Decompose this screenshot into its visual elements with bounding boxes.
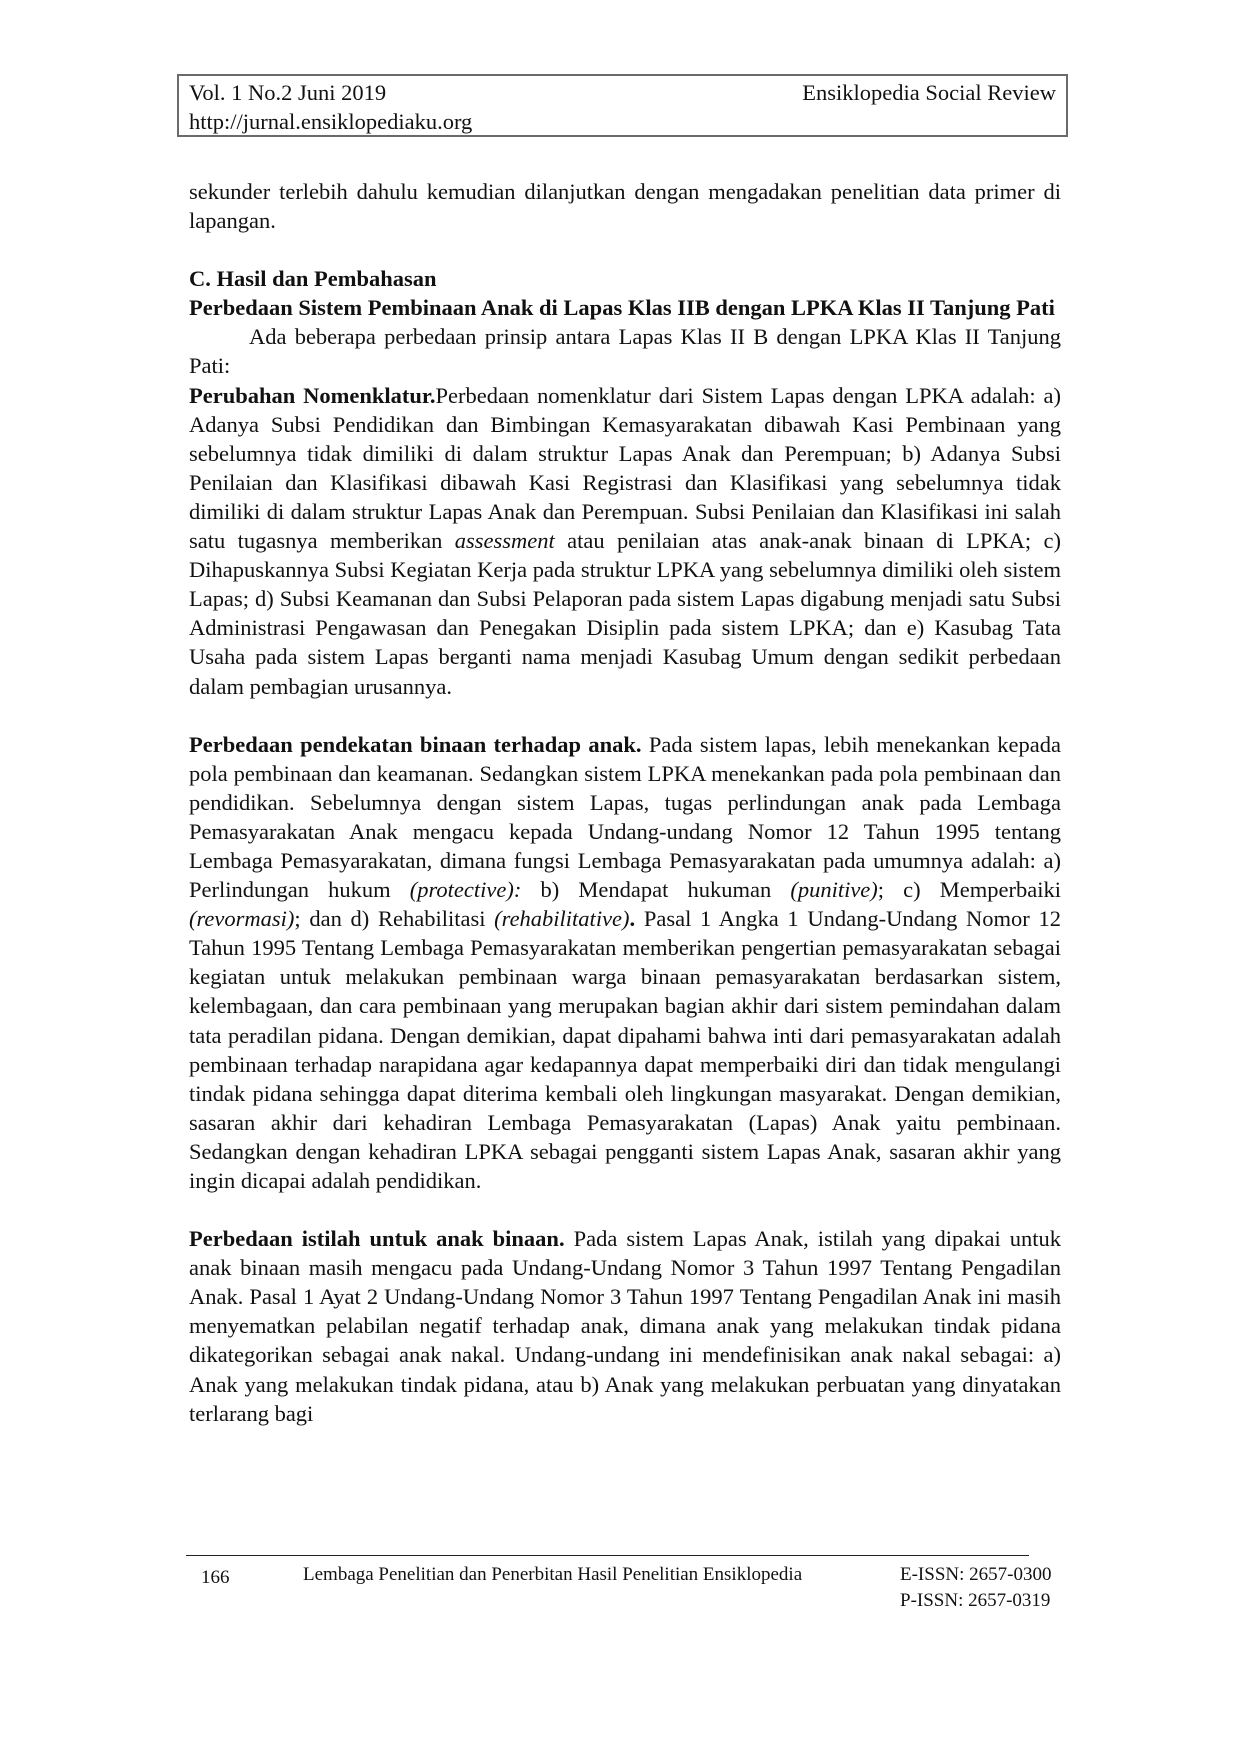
running-header: Vol. 1 No.2 Juni 2019 Ensiklopedia Socia… xyxy=(177,74,1068,137)
paragraph-lead: Perbedaan istilah untuk anak binaan. xyxy=(189,1226,565,1251)
subsection-intro: Ada beberapa perbedaan prinsip antara La… xyxy=(189,322,1061,380)
paragraph-terms: Perbedaan istilah untuk anak binaan. Pad… xyxy=(189,1224,1061,1428)
p-issn: P-ISSN: 2657-0319 xyxy=(900,1588,1051,1614)
e-issn: E-ISSN: 2657-0300 xyxy=(900,1562,1051,1588)
paragraph-text: atau penilaian atas anak-anak binaan di … xyxy=(189,528,1061,698)
paragraph-nomenclature: Perubahan Nomenklatur.Perbedaan nomenkla… xyxy=(189,381,1061,701)
paragraph-approach: Perbedaan pendekatan binaan terhadap ana… xyxy=(189,730,1061,1196)
section-title: C. Hasil dan Pembahasan xyxy=(189,264,1061,293)
footer-divider xyxy=(186,1555,1029,1556)
journal-name: Ensiklopedia Social Review xyxy=(802,78,1056,107)
paragraph-gap xyxy=(189,1195,1061,1224)
paragraph-lead: Perubahan Nomenklatur. xyxy=(189,383,435,408)
italic-term: assessment xyxy=(455,528,555,553)
paragraph-text: ; c) Memperbaiki xyxy=(878,877,1061,902)
volume-issue: Vol. 1 No.2 Juni 2019 xyxy=(189,78,386,107)
paragraph-text: Pasal 1 Angka 1 Undang-Undang Nomor 12 T… xyxy=(189,906,1061,1193)
paragraph-text: Pada sistem Lapas Anak, istilah yang dip… xyxy=(189,1226,1061,1426)
header-row-2: http://jurnal.ensiklopediaku.org xyxy=(179,107,1066,136)
paragraph-gap xyxy=(189,235,1061,264)
page-number: 166 xyxy=(201,1565,230,1591)
intro-continuation: sekunder terlebih dahulu kemudian dilanj… xyxy=(189,177,1061,235)
header-row-1: Vol. 1 No.2 Juni 2019 Ensiklopedia Socia… xyxy=(179,78,1066,107)
italic-term: (punitive) xyxy=(790,877,877,902)
paragraph-gap xyxy=(189,701,1061,730)
paragraph-text: b) Mendapat hukuman xyxy=(521,877,790,902)
journal-url[interactable]: http://jurnal.ensiklopediaku.org xyxy=(189,107,472,136)
subsection-title: Perbedaan Sistem Pembinaan Anak di Lapas… xyxy=(189,293,1061,322)
publisher-name: Lembaga Penelitian dan Penerbitan Hasil … xyxy=(303,1562,802,1588)
italic-term: (rehabilitative) xyxy=(494,906,629,931)
italic-term: (protective): xyxy=(410,877,522,902)
italic-term: (revormasi) xyxy=(189,906,294,931)
article-body: sekunder terlebih dahulu kemudian dilanj… xyxy=(189,177,1061,1428)
paragraph-lead: Perbedaan pendekatan binaan terhadap ana… xyxy=(189,732,642,757)
issn-block: E-ISSN: 2657-0300 P-ISSN: 2657-0319 xyxy=(900,1562,1051,1614)
paragraph-text: ; dan d) Rehabilitasi xyxy=(294,906,494,931)
